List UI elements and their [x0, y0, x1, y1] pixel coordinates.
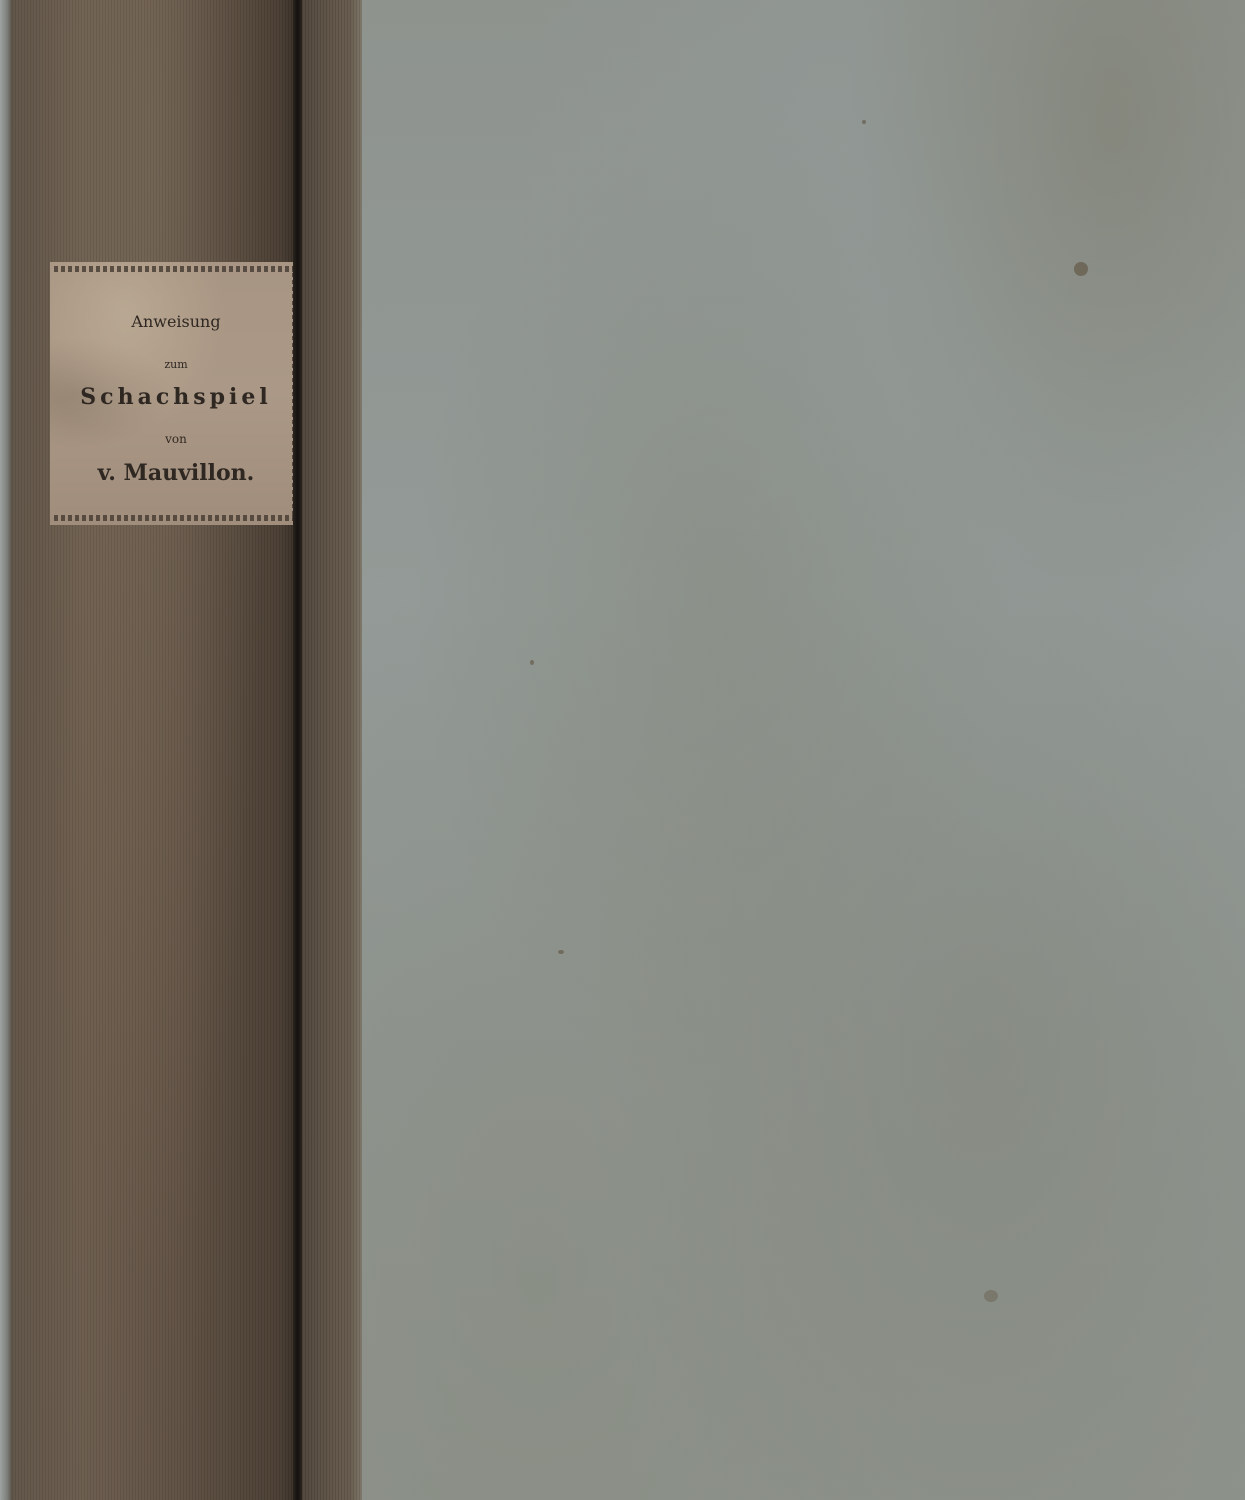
page-edge	[0, 0, 12, 1500]
front-cover-paper	[362, 0, 1245, 1500]
cover-stain	[1074, 262, 1088, 276]
cover-speck	[530, 660, 534, 665]
label-border-bottom	[54, 515, 298, 521]
label-author: v. Mauvillon.	[50, 460, 302, 486]
label-line-anweisung: Anweisung	[50, 312, 302, 331]
cover-stain	[984, 1290, 998, 1302]
label-line-von: von	[50, 432, 302, 446]
cover-speck	[558, 950, 564, 954]
label-title-schachspiel: Schachspiel	[50, 384, 302, 410]
spine-label: Anweisung zum Schachspiel von v. Mauvill…	[50, 262, 302, 525]
label-line-zum: zum	[50, 358, 302, 371]
book-spine: Anweisung zum Schachspiel von v. Mauvill…	[12, 0, 293, 1500]
label-border-top	[54, 266, 298, 272]
leather-edge-strip	[302, 0, 362, 1500]
cover-speck	[862, 120, 866, 124]
spine-hinge-groove	[293, 0, 302, 1500]
